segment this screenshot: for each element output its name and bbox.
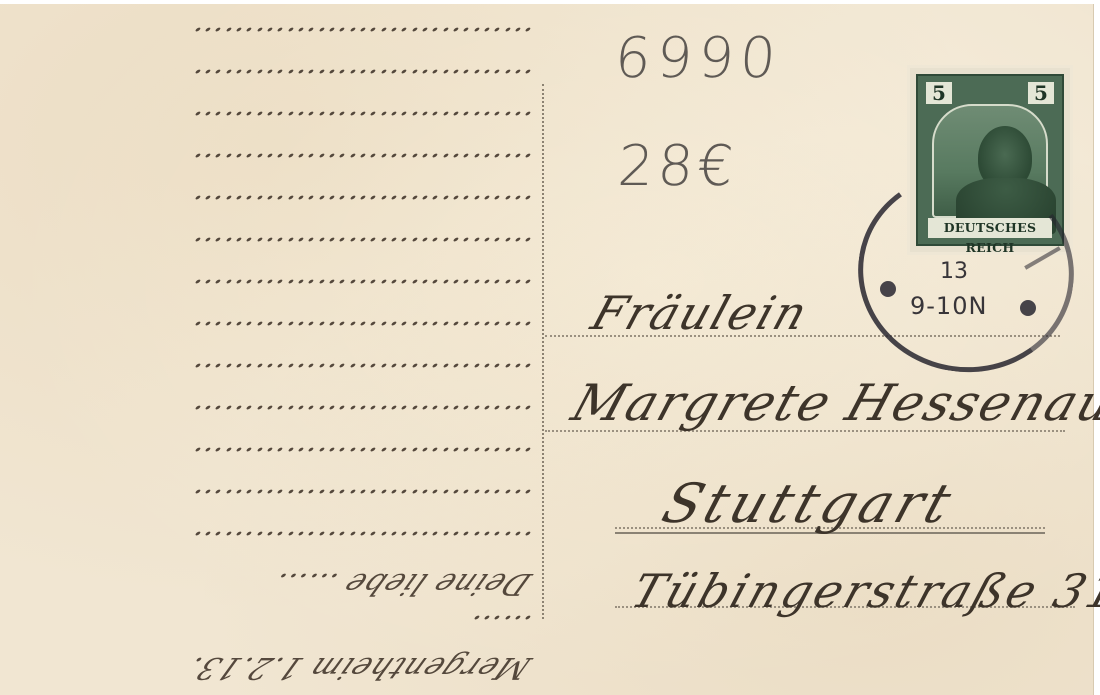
message-line: …………………………… — [0, 309, 540, 349]
message-line: …………………………… — [0, 351, 540, 391]
handwritten-message: Mergentheim 1.2.13. …… Deine liebe …… ……… — [0, 4, 540, 695]
price-note: 28€ — [616, 134, 739, 199]
message-line: …………………………… — [0, 99, 540, 139]
card-divider — [542, 84, 544, 619]
message-line: Deine liebe …… — [0, 561, 540, 601]
postmark-year: 13 — [940, 259, 968, 284]
message-line: …………………………… — [0, 393, 540, 433]
message-line: …………………………… — [0, 141, 540, 181]
stamp-value-right: 5 — [1028, 82, 1054, 104]
address-salutation: Fräulein — [585, 286, 816, 340]
address-recipient-name: Margrete Hessenauer — [565, 374, 1100, 432]
postmark-dot-icon — [880, 281, 896, 297]
message-line: …… — [0, 603, 540, 643]
stamp-value-left: 5 — [926, 82, 952, 104]
message-line: …………………………… — [0, 225, 540, 265]
message-line: …………………………… — [0, 477, 540, 517]
postmark-time: 9-10N — [910, 292, 987, 320]
catalog-number: 6990 — [613, 26, 784, 91]
message-line: …………………………… — [0, 519, 540, 559]
message-line: …………………………… — [0, 57, 540, 97]
message-line: …………………………… — [0, 267, 540, 307]
message-line: …………………………… — [0, 435, 540, 475]
message-line: Mergentheim 1.2.13. — [0, 645, 540, 685]
address-city: Stuttgart — [655, 472, 963, 535]
message-line: …………………………… — [0, 183, 540, 223]
message-line: …………………………… — [0, 15, 540, 55]
postcard: Mergentheim 1.2.13. …… Deine liebe …… ……… — [0, 4, 1093, 695]
address-street: Tübingerstraße 31. II — [625, 564, 1100, 618]
postmark-dot-icon — [1020, 300, 1036, 316]
